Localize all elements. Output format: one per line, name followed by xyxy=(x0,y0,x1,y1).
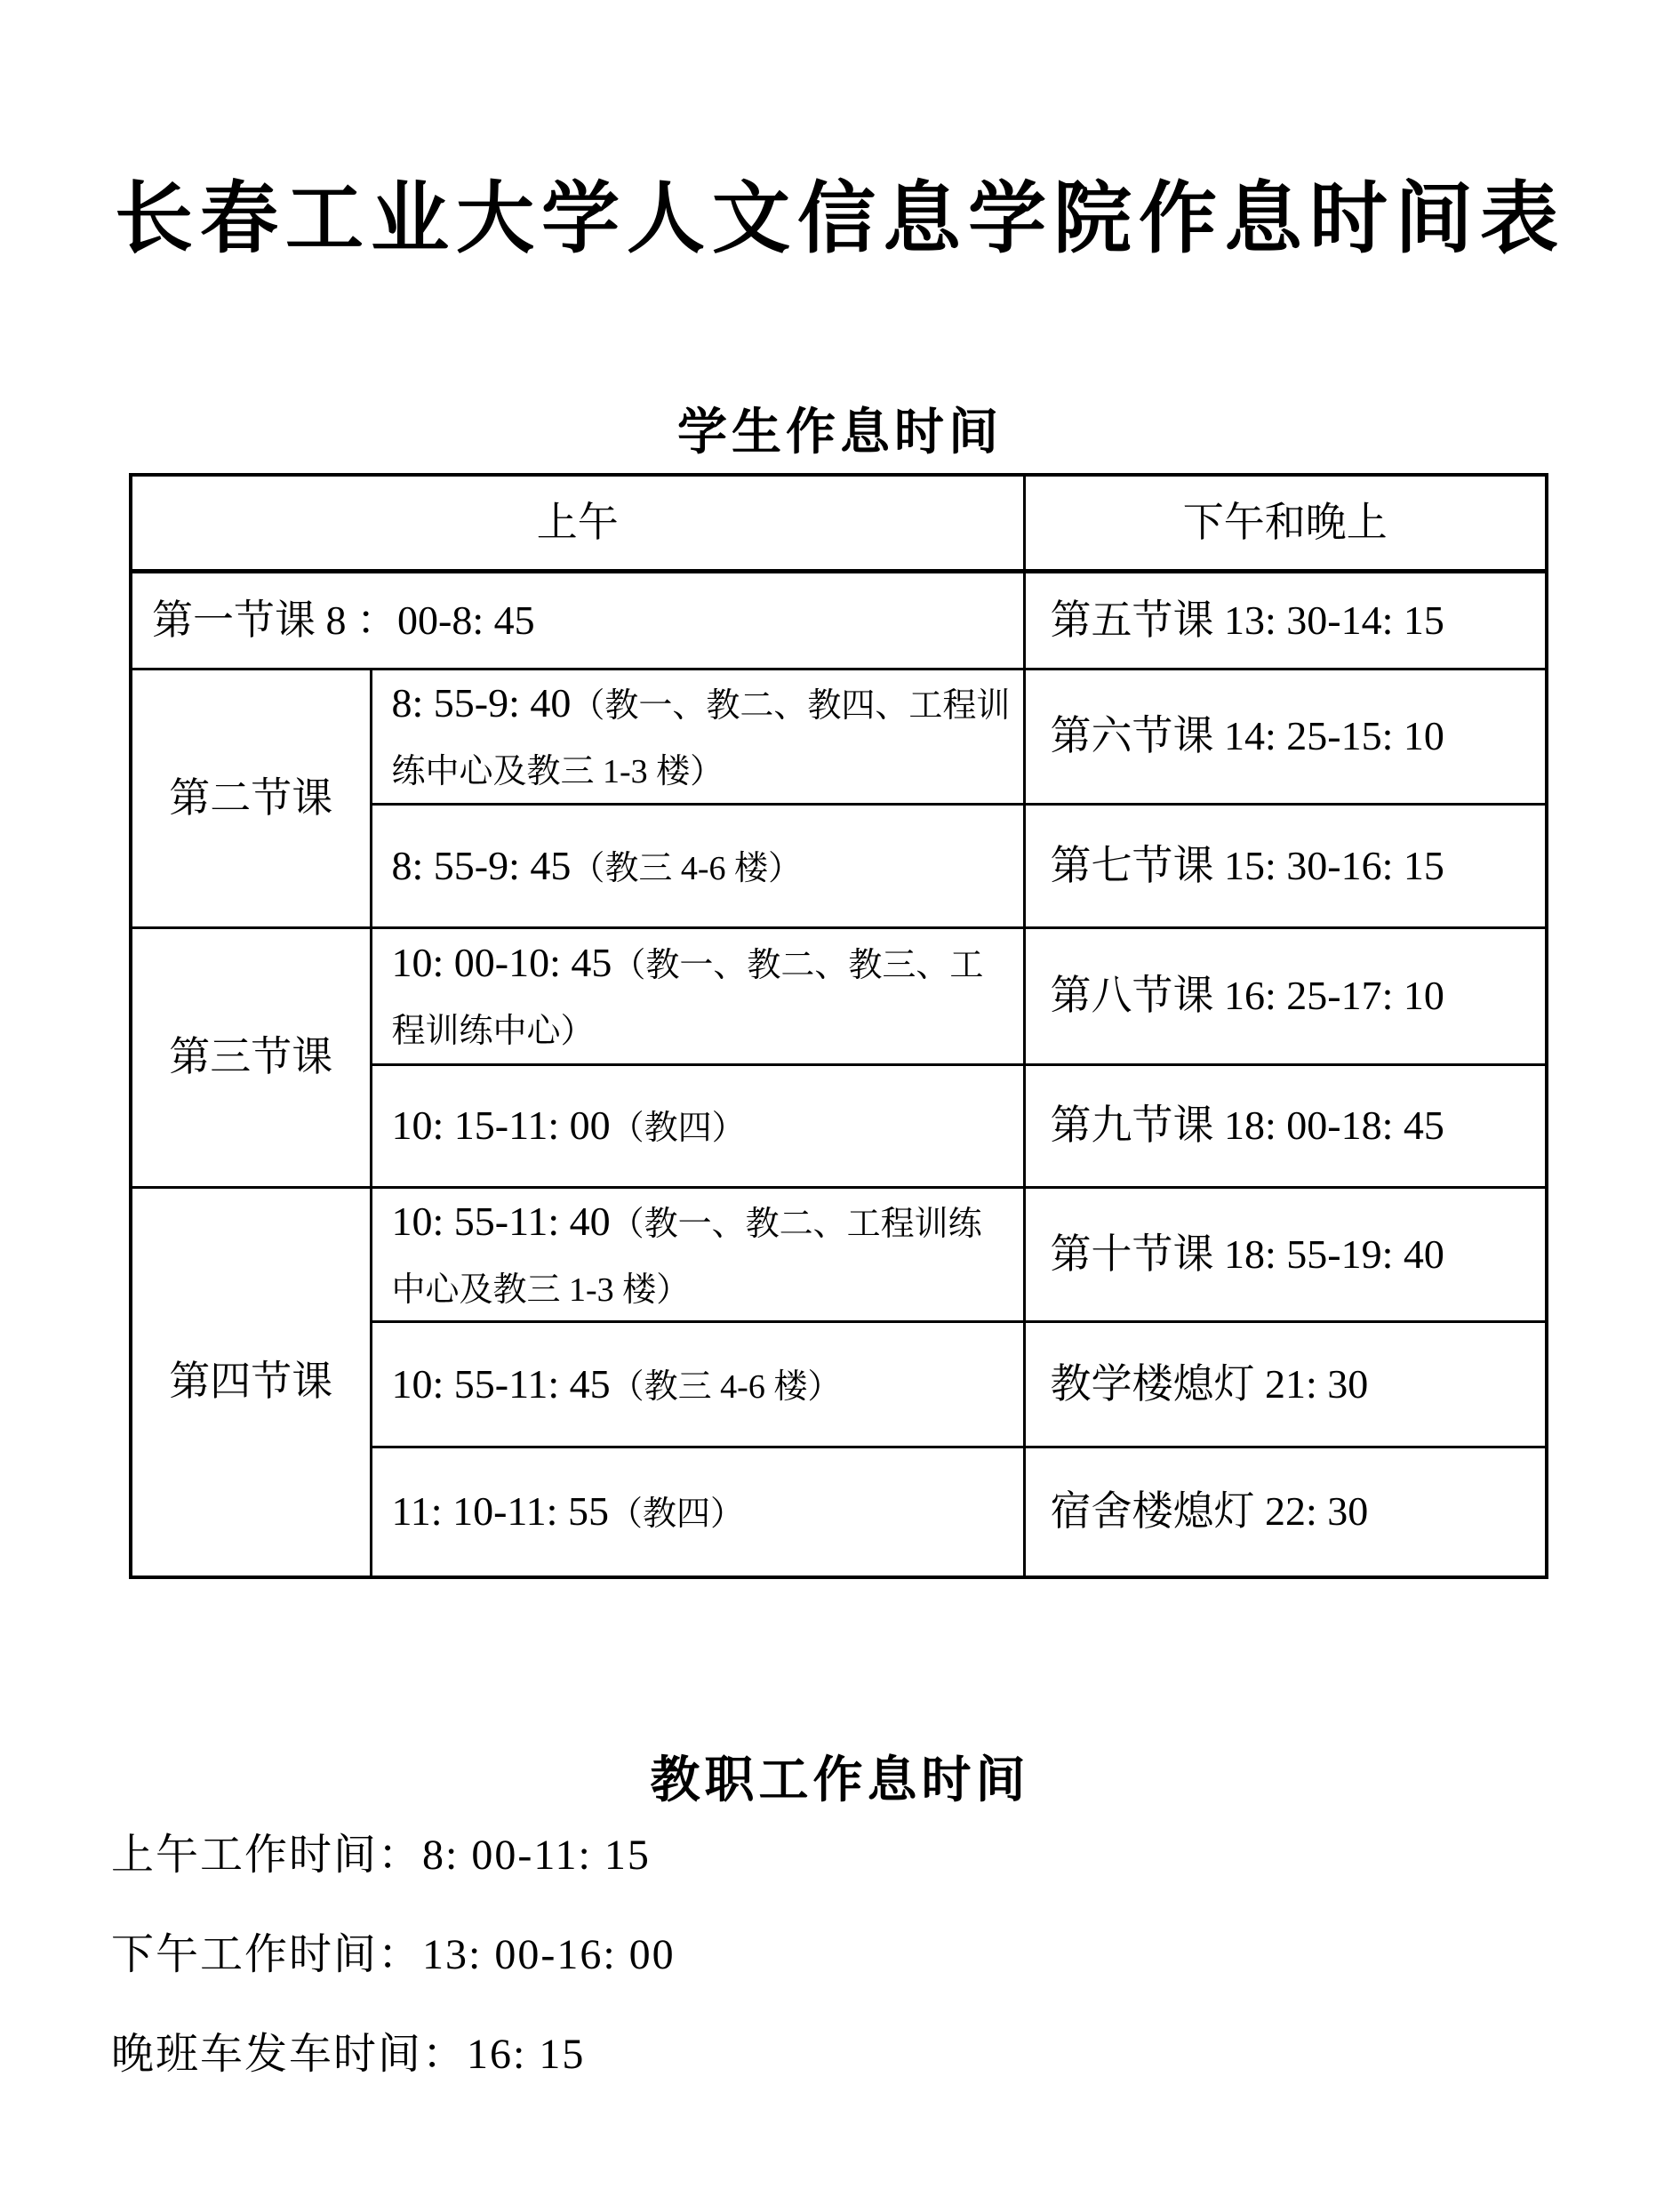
student-section-heading: 学生作息时间 xyxy=(0,393,1680,464)
student-schedule-table: 上午 下午和晚上 第一节课 8 ：00-8: 45 第五节课 13: 30-14… xyxy=(129,473,1548,1579)
time-text: 8: 55-9: 45 xyxy=(392,843,572,888)
table-row-period2a: 第二节课 8: 55-9: 40（教一、教二、教四、工程训练中心及教三 1-3 … xyxy=(131,669,1547,804)
cell-period9-time: 第九节课 18: 00-18: 45 xyxy=(1024,1064,1547,1187)
cell-period4a-detail: 10: 55-11: 40（教一、教二、工程训练中心及教三 1-3 楼） xyxy=(371,1187,1024,1321)
cell-period4b-detail: 10: 55-11: 45（教三 4-6 楼） xyxy=(371,1321,1024,1447)
cell-period2a-detail: 8: 55-9: 40（教一、教二、教四、工程训练中心及教三 1-3 楼） xyxy=(371,669,1024,804)
staff-morning-hours: 上午工作时间：8: 00-11: 15 xyxy=(111,1830,676,1881)
table-row-period1: 第一节课 8 ：00-8: 45 第五节课 13: 30-14: 15 xyxy=(131,571,1547,669)
staff-schedule-lines: 上午工作时间：8: 00-11: 15 下午工作时间：13: 00-16: 00… xyxy=(111,1830,676,2129)
location-note: （教四） xyxy=(611,1110,746,1147)
time-text: 11: 10-11: 55 xyxy=(392,1488,609,1534)
table-row-period3a: 第三节课 10: 00-10: 45（教一、教二、教三、工程训练中心） 第八节课… xyxy=(131,927,1547,1064)
cell-period4-label: 第四节课 xyxy=(131,1187,371,1577)
header-morning: 上午 xyxy=(131,475,1024,571)
location-note: （教四） xyxy=(609,1495,744,1533)
staff-afternoon-hours: 下午工作时间：13: 00-16: 00 xyxy=(111,1929,676,1981)
document-title: 长春工业大学人文信息学院作息时间表 xyxy=(0,156,1680,269)
cell-period4c-detail: 11: 10-11: 55（教四） xyxy=(371,1447,1024,1577)
staff-evening-bus-time: 晚班车发车时间：16: 15 xyxy=(111,2029,676,2081)
cell-period2-label: 第二节课 xyxy=(131,669,371,927)
table-header-row: 上午 下午和晚上 xyxy=(131,475,1547,571)
cell-period3a-detail: 10: 00-10: 45（教一、教二、教三、工程训练中心） xyxy=(371,927,1024,1064)
cell-teaching-lights-out: 教学楼熄灯 21: 30 xyxy=(1024,1321,1547,1447)
cell-period1-time: 第一节课 8 ：00-8: 45 xyxy=(131,571,1024,669)
cell-dorm-lights-out: 宿舍楼熄灯 22: 30 xyxy=(1024,1447,1547,1577)
cell-period8-time: 第八节课 16: 25-17: 10 xyxy=(1024,927,1547,1064)
cell-period2b-detail: 8: 55-9: 45（教三 4-6 楼） xyxy=(371,804,1024,927)
cell-period3b-detail: 10: 15-11: 00（教四） xyxy=(371,1064,1024,1187)
cell-period5-time: 第五节课 13: 30-14: 15 xyxy=(1024,571,1547,669)
location-note: （教三 4-6 楼） xyxy=(611,1368,842,1406)
cell-period10-time: 第十节课 18: 55-19: 40 xyxy=(1024,1187,1547,1321)
time-text: 10: 55-11: 45 xyxy=(392,1361,611,1407)
table-row-period4a: 第四节课 10: 55-11: 40（教一、教二、工程训练中心及教三 1-3 楼… xyxy=(131,1187,1547,1321)
cell-period7-time: 第七节课 15: 30-16: 15 xyxy=(1024,804,1547,927)
cell-period6-time: 第六节课 14: 25-15: 10 xyxy=(1024,669,1547,804)
location-note: （教三 4-6 楼） xyxy=(571,850,802,887)
header-afternoon: 下午和晚上 xyxy=(1024,475,1547,571)
cell-period3-label: 第三节课 xyxy=(131,927,371,1187)
time-text: 10: 55-11: 40 xyxy=(392,1199,611,1244)
time-text: 8: 55-9: 40 xyxy=(392,680,572,726)
time-text: 10: 00-10: 45 xyxy=(392,940,612,985)
time-text: 10: 15-11: 00 xyxy=(392,1102,611,1148)
staff-section-heading: 教职工作息时间 xyxy=(0,1741,1680,1812)
